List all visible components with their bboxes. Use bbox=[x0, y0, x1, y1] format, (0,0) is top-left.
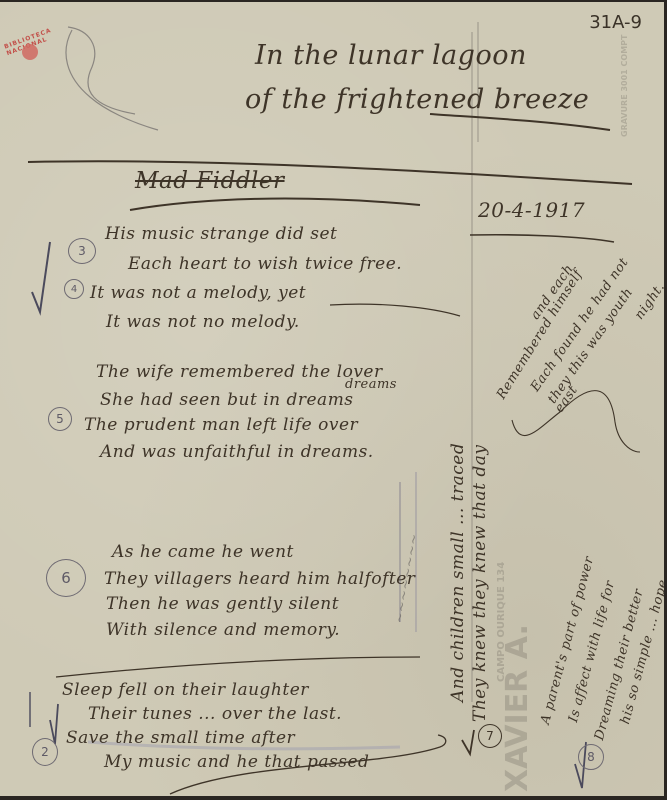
stanza-4-line-3: Save the small time after bbox=[66, 728, 295, 748]
stanza-2-line-3: The prudent man left life over bbox=[84, 415, 358, 435]
stanza-4-line-1: Sleep fell on their laughter bbox=[62, 680, 309, 700]
date: 20-4-1917 bbox=[478, 198, 585, 222]
poem-heading: Mad Fiddler bbox=[135, 168, 285, 194]
stanza-1-line-2: Each heart to wish twice free. bbox=[128, 254, 402, 274]
stanza-1-line-3: It was not a melody, yet bbox=[90, 283, 306, 303]
stanza-4-line-2: Their tunes ... over the last. bbox=[88, 704, 342, 724]
stanza-3-line-3: Then he was gently silent bbox=[106, 594, 339, 614]
manuscript-page: XAVIER A. CAMPO OURIQUE 134 GRAVURE 3001… bbox=[0, 2, 664, 796]
stanza-3-line-2: They villagers heard him halfofter bbox=[104, 569, 415, 589]
stanza-1-line-4: It was not no melody. bbox=[106, 312, 300, 332]
stanza-marker-3: 3 bbox=[68, 238, 96, 264]
vertical-note-2: They knew they knew that day bbox=[470, 444, 490, 722]
stanza-3-line-1: As he came he went bbox=[112, 542, 294, 562]
stanza-marker-8: 8 bbox=[578, 744, 604, 770]
stanza-2-line-1: The wife remembered the lover bbox=[96, 362, 383, 382]
stanza-2-line-2: She had seen but in dreams bbox=[100, 390, 354, 410]
stanza-2-line-4: And was unfaithful in dreams. bbox=[100, 442, 374, 462]
vertical-note-1: And children small ... traced bbox=[448, 443, 468, 702]
title-line-1: In the lunar lagoon bbox=[255, 40, 527, 71]
stanza-3-line-4: With silence and memory. bbox=[106, 620, 340, 640]
stanza-marker-2: 2 bbox=[32, 738, 58, 766]
stanza-marker-4: 4 bbox=[64, 279, 84, 299]
stanza-4-line-4: My music and he that passed bbox=[104, 752, 369, 772]
stanza-1-line-1: His music strange did set bbox=[105, 224, 337, 244]
title-line-2: of the frightened breeze bbox=[245, 84, 589, 115]
stanza-marker-6: 6 bbox=[46, 559, 86, 597]
stanza-marker-7: 7 bbox=[478, 724, 502, 748]
stanza-marker-5: 5 bbox=[48, 407, 72, 431]
